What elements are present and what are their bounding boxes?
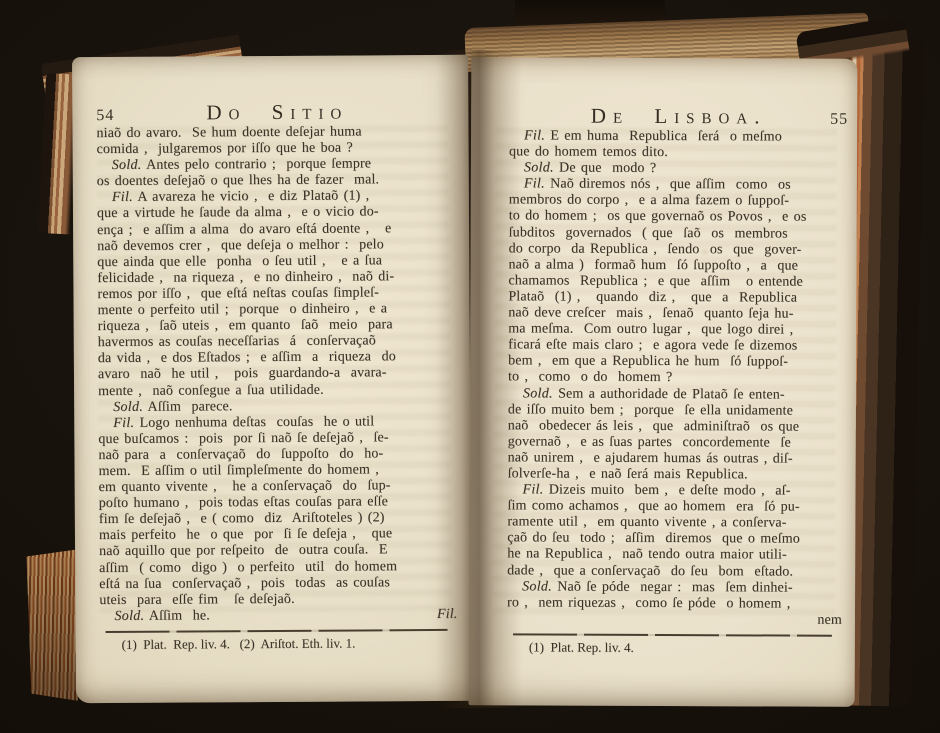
speaker-label: Fil. [524, 128, 545, 143]
open-book-photo: 54 Do Sitio niaõ do avaro. Se hum doente… [0, 0, 940, 733]
text-line: ro , nem riquezas , como ſe póde o homem… [507, 595, 846, 613]
page-number-right: 55 [802, 111, 848, 129]
text-line: de iſſo muito bem ; porque ſe ella unida… [508, 402, 847, 420]
text-line: governaõ , e as ſuas partes concordement… [508, 434, 847, 452]
text-line: ſubditos governados ( que ſaõ os membros [509, 225, 848, 243]
text-line: ficará eſte mais claro ; e agora vede ſe… [508, 338, 847, 356]
catchword: Fil. [422, 607, 458, 623]
text-line: naõ unirem , e ajudarem humas ás outras … [508, 450, 847, 468]
text-line: Sold. Sem a authoridade de Plataõ ſe ent… [508, 386, 847, 404]
speaker-label: Sold. [114, 609, 144, 624]
text-line: naõ a alma ) formaõ hum ſó ſuppoſto , a … [508, 257, 847, 275]
text-line: nem [507, 611, 846, 629]
text-line: bem , em que a Republica he hum ſó ſuppo… [508, 354, 847, 372]
speaker-label: Sold. [112, 158, 142, 173]
right-text-block: Fil. E em huma Republica ſerá o meſmoque… [507, 128, 848, 628]
text-line: do corpo da Republica , ſendo os que gov… [509, 241, 848, 259]
text-line: membros do corpo , e a alma fazem o ſupp… [509, 193, 848, 211]
page-number-left: 54 [96, 107, 142, 125]
speaker-label: Fil. [522, 482, 543, 497]
speaker-label: Fil. [113, 416, 134, 431]
text-line: naõ deve creſcer mais , ſenaõ quanto ſej… [508, 305, 847, 323]
footnote-right: (1) Plat. Rep. liv. 4. [507, 639, 846, 656]
text-line: ma meſma. Com outro lugar , que logo dir… [508, 321, 847, 339]
text-line: Fil. Naõ diremos nós , que aſſim como os [509, 177, 848, 195]
right-page: De Lisboa. 55 Fil. E em huma Republica ſ… [469, 57, 858, 707]
footnote-rule [106, 629, 448, 633]
running-title-left: Do Sitio [142, 99, 412, 126]
fore-edge-stack-bottom-left [18, 547, 82, 701]
catchword: nem [817, 612, 842, 628]
text-line: Fil. E em huma Republica ſerá o meſmo [509, 128, 848, 146]
text-line: dade , que a conſervaçaõ do ſeu bom eſta… [507, 563, 846, 581]
text-line: Fil. Dizeis muito bem , e deſte modo , a… [507, 482, 846, 500]
text-line: he na Republica , naõ tendo outra maior … [507, 547, 846, 565]
running-title-right: De Lisboa. [555, 104, 802, 130]
text-line: naõ obedecer ás leis , que adminiſtraõ o… [508, 418, 847, 436]
text-line: Sold. De que modo ? [509, 161, 848, 179]
right-page-header: De Lisboa. 55 [509, 103, 848, 126]
text-line: Sold. Naõ ſe póde negar : mas ſem dinhei… [507, 579, 846, 597]
left-page: 54 Do Sitio niaõ do avaro. Se hum doente… [72, 55, 472, 703]
text-line: ſim como achamos , que ao homem era ſó p… [507, 498, 846, 516]
text-line: to do homem ; os que governaõ os Povos ,… [509, 209, 848, 227]
text-line: çaõ do ſeu todo ; aſſim diremos que o me… [507, 531, 846, 549]
speaker-label: Fil. [524, 177, 545, 192]
speaker-label: Sold. [113, 399, 143, 414]
text-line: Sold. Aſſim he.Fil. [99, 607, 461, 625]
speaker-label: Fil. [112, 190, 133, 205]
text-line: que do homem temos dito. [509, 144, 848, 162]
footnote-rule [513, 633, 832, 636]
text-line: to , como o do homem ? [508, 370, 847, 388]
text-line: Plataõ (1) , quando diz , que a Republic… [508, 289, 847, 307]
footnote-left: (1) Plat. Rep. liv. 4. (2) Ariſtot. Eth.… [100, 635, 462, 653]
left-text-block: niaõ do avaro. Se hum doente deſejar hum… [96, 124, 461, 625]
left-page-header: 54 Do Sitio [96, 99, 458, 123]
speaker-label: Sold. [524, 161, 554, 176]
text-line: ramente util , em quanto vivente , a con… [507, 515, 846, 533]
text-line: chamamos Republica ; e que aſſim o enten… [508, 273, 847, 291]
speaker-label: Sold. [522, 579, 552, 594]
speaker-label: Sold. [523, 386, 553, 401]
text-line: ſolverſe-ha , e naõ ſerá mais Republica. [508, 466, 847, 484]
